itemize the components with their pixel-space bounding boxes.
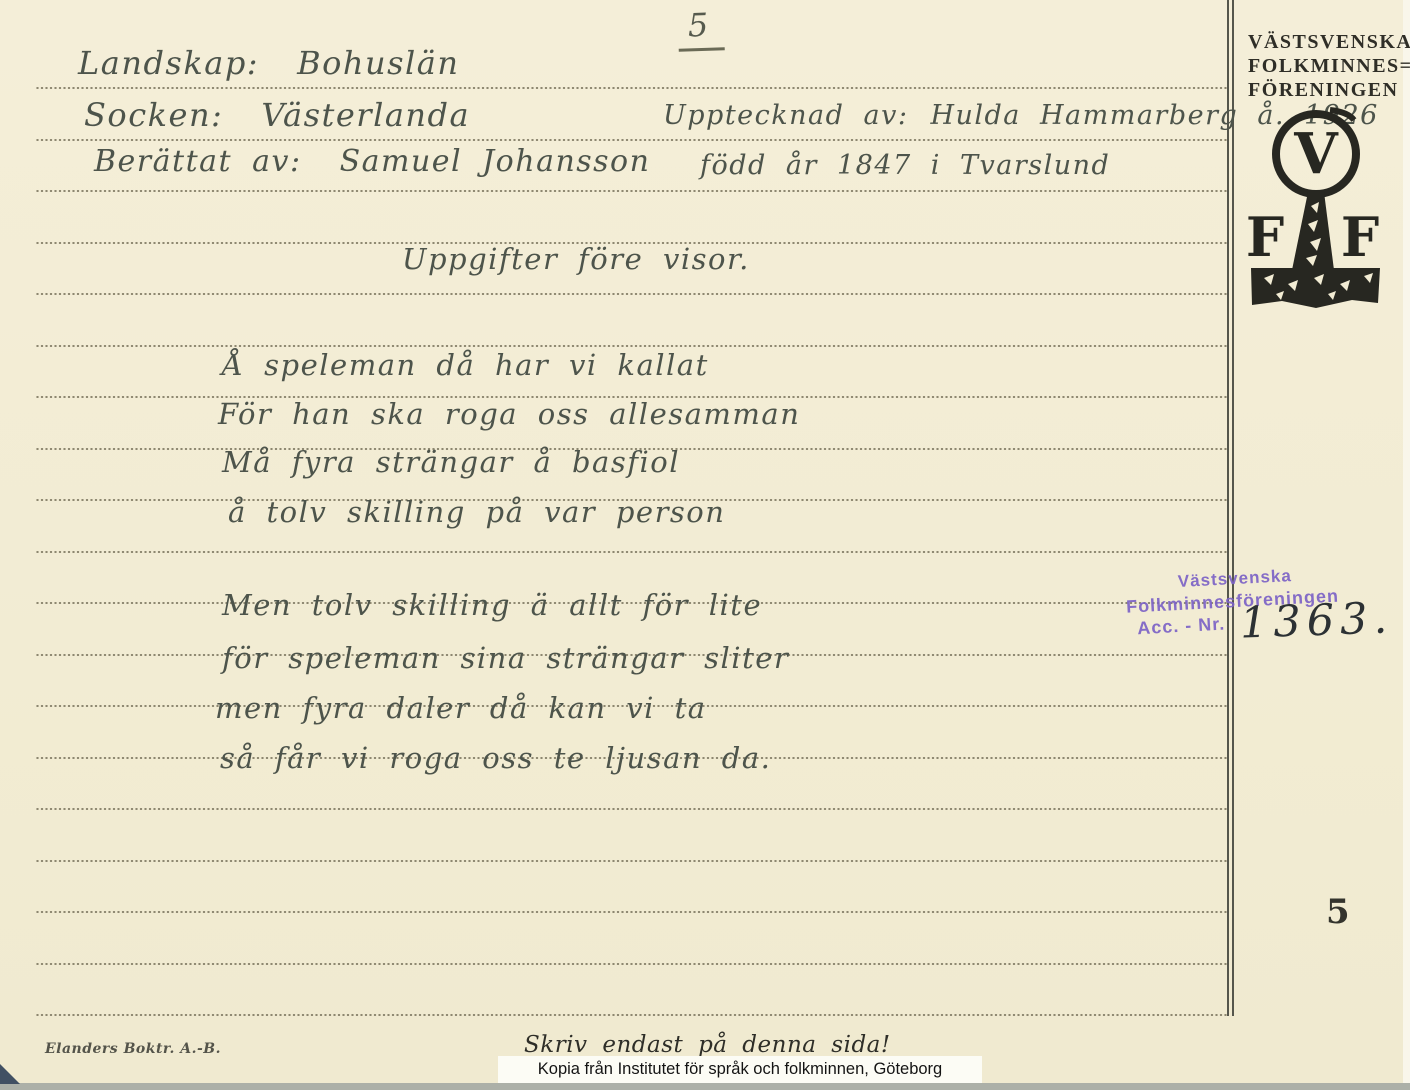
page-number-top: 5 [677, 5, 725, 52]
accession-number: 1363. [1239, 593, 1394, 648]
scan-right-edge [1403, 0, 1410, 1090]
field-landskap-label: Landskap: [78, 44, 259, 82]
dotted-rule-line [36, 190, 1228, 192]
dotted-rule-line [36, 293, 1228, 295]
verse-line: För han ska roga oss allesamman [218, 397, 800, 431]
write-only-instruction: Skriv endast på denna sida! [524, 1032, 891, 1058]
dotted-rule-line [36, 1014, 1228, 1016]
field-socken-label: Socken: [84, 96, 223, 134]
field-landskap: Landskap:Bohuslän [78, 44, 459, 82]
logo-letter-f-left: F [1246, 205, 1284, 269]
dotted-rule-line [36, 139, 1228, 141]
thors-hammer-logo: V F F [1240, 106, 1390, 318]
margin-divider-line [1227, 0, 1234, 1016]
digitization-watermark-text: Kopia från Institutet för språk och folk… [538, 1060, 942, 1079]
organization-name-line: FÖRENINGEN [1248, 78, 1398, 102]
verse-line: Må fyra strängar å basfiol [222, 445, 680, 479]
dotted-rule-line [36, 551, 1228, 553]
organization-name-line: VÄSTSVENSKA [1248, 30, 1398, 54]
organization-name-line: FOLKMINNES= [1248, 54, 1398, 78]
dotted-rule-line [36, 808, 1228, 810]
verse-line: å tolv skilling på var person [228, 495, 725, 529]
verse-line: för speleman sina strängar sliter [222, 641, 789, 675]
archival-record-page: 5 Landskap:Bohuslän Socken:Västerlanda B… [0, 0, 1410, 1090]
field-berattat-av: Berättat av:Samuel Johansson [94, 144, 650, 179]
field-socken-value: Västerlanda [261, 96, 470, 134]
hammer-head [1251, 268, 1380, 308]
digitization-watermark-band: Kopia från Institutet för språk och folk… [498, 1056, 982, 1083]
verse-line: så får vi roga oss te ljusan da. [220, 741, 771, 775]
dotted-rule-line [36, 345, 1228, 347]
field-berattat-av-label: Berättat av: [94, 144, 302, 179]
field-landskap-value: Bohuslän [297, 44, 459, 82]
dotted-rule-line [36, 860, 1228, 862]
field-socken: Socken:Västerlanda [84, 96, 470, 134]
scan-corner-artifact [0, 1064, 20, 1084]
logo-letter-f-right: F [1341, 205, 1379, 269]
page-number-margin: 5 [1326, 892, 1350, 932]
dotted-rule-line [36, 911, 1228, 913]
dotted-rule-line [36, 87, 1228, 89]
field-berattat-av-value: Samuel Johansson [340, 144, 651, 179]
dotted-rule-line [36, 963, 1228, 965]
document-title: Uppgifter före visor. [402, 242, 750, 276]
field-fodd: född år 1847 i Tvarslund [700, 150, 1110, 181]
organization-name: VÄSTSVENSKA FOLKMINNES= FÖRENINGEN [1248, 30, 1398, 102]
scan-bottom-strip [0, 1083, 1410, 1090]
printer-imprint: Elanders Boktr. A.-B. [45, 1041, 221, 1057]
logo-letter-v: V [1293, 121, 1339, 187]
verse-line: Å speleman då har vi kallat [222, 348, 709, 382]
field-upptecknad-av-label: Upptecknad av: [663, 100, 908, 131]
verse-line: Men tolv skilling ä allt för lite [222, 588, 762, 622]
verse-line: men fyra daler då kan vi ta [215, 691, 707, 725]
